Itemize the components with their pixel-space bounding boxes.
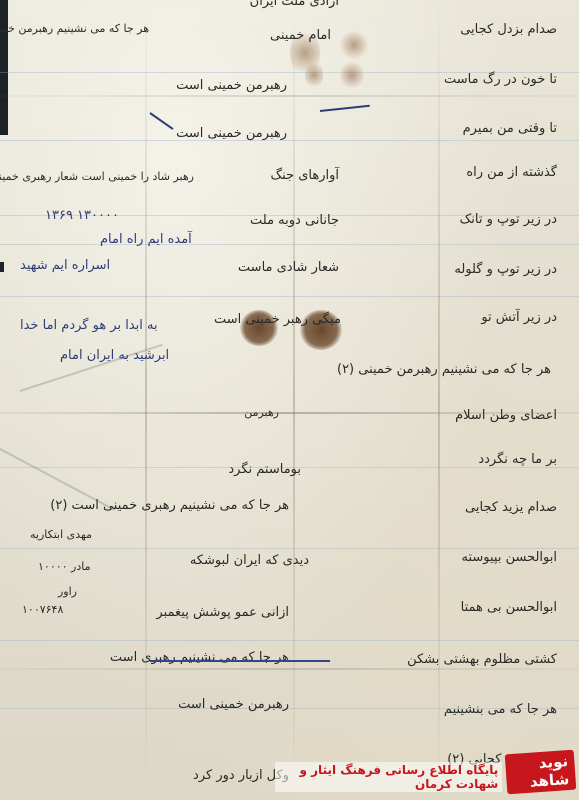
stain <box>340 60 364 90</box>
blue-pen-note: به ابدا بر هو گردم اما خدا <box>20 318 158 333</box>
ruled-line <box>0 548 579 549</box>
blue-pen-note: ابرشید به ایران امام <box>60 348 169 363</box>
stain <box>305 60 323 90</box>
watermark-logo: نوید شاهد <box>505 750 576 795</box>
scanned-document: صدام بزدل کجایی تا خون در رگ ماست تا وقت… <box>0 0 579 800</box>
lyric-line: تا خون در رگ ماست <box>444 72 557 87</box>
lyric-line: در زیر توپ و تانک <box>460 212 557 227</box>
lyric-line: رهبرمن خمینی است <box>176 78 287 93</box>
lyric-line: تا وقتی من بمیرم <box>463 121 557 136</box>
strikethrough-mark <box>150 660 330 662</box>
lyric-line: آوارهای جنگ <box>271 168 340 183</box>
blue-pen-note: آمده ایم راه امام <box>100 232 192 247</box>
place-note: راور <box>58 585 77 598</box>
lyric-line: آزادی ملت ایران <box>250 0 339 9</box>
paper-torn-edge-lower <box>0 262 4 272</box>
ruled-line <box>0 296 579 297</box>
paper-crease <box>0 668 579 670</box>
date-note: ۱۳۶۹ ۱۳۰۰۰۰ <box>45 208 119 223</box>
lyric-line: بر ما چه نگردد <box>478 452 557 467</box>
lyric-line: در زیر آتش تو <box>481 310 557 325</box>
id-number-note: ۱۰۰۷۶۴۸ <box>22 603 63 616</box>
paper-crease <box>145 0 147 800</box>
lyric-line: کشتی مظلوم بهشتی بشکن <box>407 652 557 667</box>
lyric-line: هر جا که می نشینیم رهبرمن خمینی (۲) <box>337 362 551 377</box>
lyric-line: رهبرمن خمینی است <box>178 697 289 712</box>
ruled-line <box>0 244 579 245</box>
ruled-line <box>0 640 579 641</box>
lyric-line: هر جا که می نشینیم رهبرمن خمینی است <box>0 22 149 35</box>
lyric-line: بوماستم نگرد <box>228 462 301 477</box>
pen-stroke <box>320 105 370 112</box>
lyric-line: شعار شادی ماست <box>238 260 339 275</box>
stain <box>340 30 368 60</box>
lyric-line: رهبر شاد را خمینی است شعار رهبری خمینی ا… <box>0 170 194 183</box>
lyric-line: در زیر توپ و گلوله <box>454 262 557 277</box>
blue-pen-note: اسراره ایم شهید <box>20 258 110 273</box>
lyric-line: صدام بزدل کجایی <box>460 22 557 37</box>
lyric-line: گذشته از من راه <box>466 165 557 180</box>
lyric-line: میگی رهبر خمینی است <box>214 312 341 327</box>
paper-torn-edge <box>0 0 8 135</box>
lyric-line: ازانی عمو پوشش پیغمبر <box>156 605 289 620</box>
lyric-line: امام خمینی <box>270 28 331 43</box>
lyric-line: دیدی که ایران لبوشکه <box>190 553 309 568</box>
watermark: نوید شاهد پایگاه اطلاع رسانی فرهنگ ایثار… <box>275 748 575 792</box>
paper-crease <box>0 95 579 97</box>
lyric-line: هر جا که می بنشینیم <box>444 702 557 717</box>
lyric-line: ابوالحسن بی همتا <box>461 600 557 615</box>
watermark-site-name: پایگاه اطلاع رسانی فرهنگ ایثار و شهادت ک… <box>275 762 502 792</box>
lyric-line: رهبرمن <box>244 406 279 419</box>
lyric-line: هر جا که می نشینیم رهبری خمینی است (۲) <box>50 498 289 513</box>
lyric-line: جانانی دوبه ملت <box>250 213 339 228</box>
lyric-line: صدام یزید کجایی <box>465 500 557 515</box>
paper-crease <box>438 0 440 800</box>
name-note: مهدی ابتکاریه <box>30 528 92 541</box>
ruled-line <box>0 140 579 141</box>
lyric-line: ابوالحسن بپیوسته <box>461 550 557 565</box>
lyric-line: رهبرمن خمینی است <box>176 126 287 141</box>
paper-crease <box>293 0 295 800</box>
pen-check-mark <box>149 112 173 130</box>
lyric-line: اعضای وطن اسلام <box>455 408 557 423</box>
amount-note: مادر ۱۰۰۰۰ <box>38 560 91 573</box>
lyric-line: هر جا که می نشینیم رهبری است <box>110 650 289 665</box>
